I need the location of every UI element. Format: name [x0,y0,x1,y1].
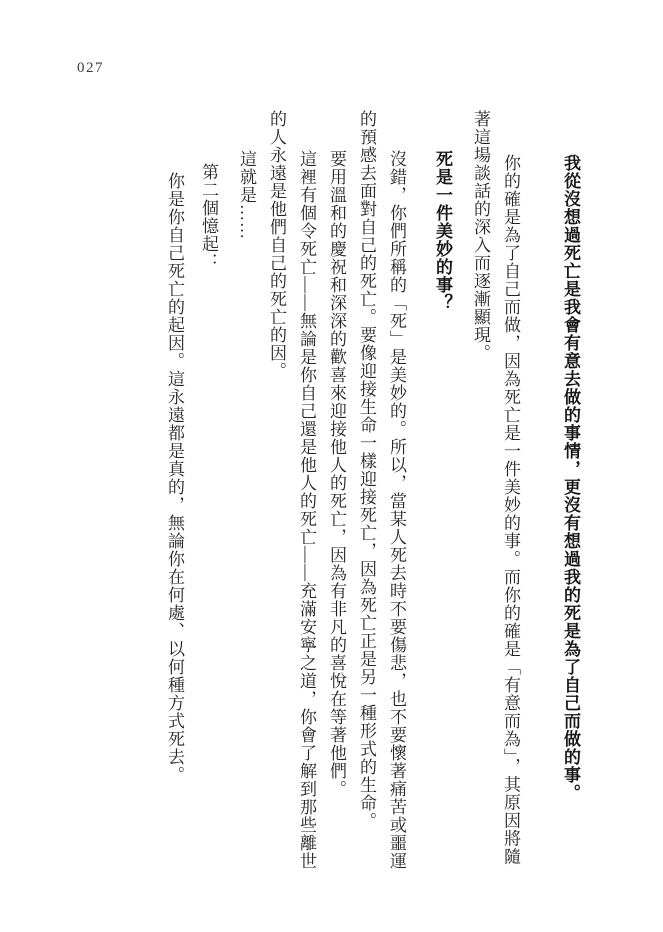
page-number: 027 [77,60,104,77]
paragraph-reply-1: 你的確是為了自己而做，因為死亡是一件美妙的事。而你的確是「有意而為」，其原因將隨… [465,110,525,880]
paragraph-reply-2: 沒錯，你們所稱的「死」是美妙的。所以，當某人死去時不要傷悲，也不要懷著痛苦或噩運… [351,110,411,880]
book-page: 027 我從沒想過死亡是我會有意去做的事情，更沒有想過我的死是為了自己而做的事。… [0,0,663,932]
paragraph-narrator-1: 我從沒想過死亡是我會有意去做的事情，更沒有想過我的死是為了自己而做的事。 [555,110,585,880]
paragraph-remembrance-label: 第二個憶起： [193,110,223,880]
paragraph-remembrance-text: 你是你自己死亡的起因。這永遠都是真的，無論你在何處、以何種方式死去。 [159,110,189,880]
paragraph-lead-in: 這就是…… [231,110,261,880]
text-block: 我從沒想過死亡是我會有意去做的事情，更沒有想過我的死是為了自己而做的事。 你的確… [159,110,585,880]
paragraph-narrator-question: 死是一件美妙的事？ [427,110,457,880]
paragraph-reply-4: 這裡有個令死亡——無論是你自己還是他人的死亡——充滿安寧之道，你會了解到那些離世… [261,110,321,880]
paragraph-reply-3: 要用溫和的慶祝和深深的歡喜來迎接他人的死亡，因為有非凡的喜悅在等著他們。 [321,110,351,880]
